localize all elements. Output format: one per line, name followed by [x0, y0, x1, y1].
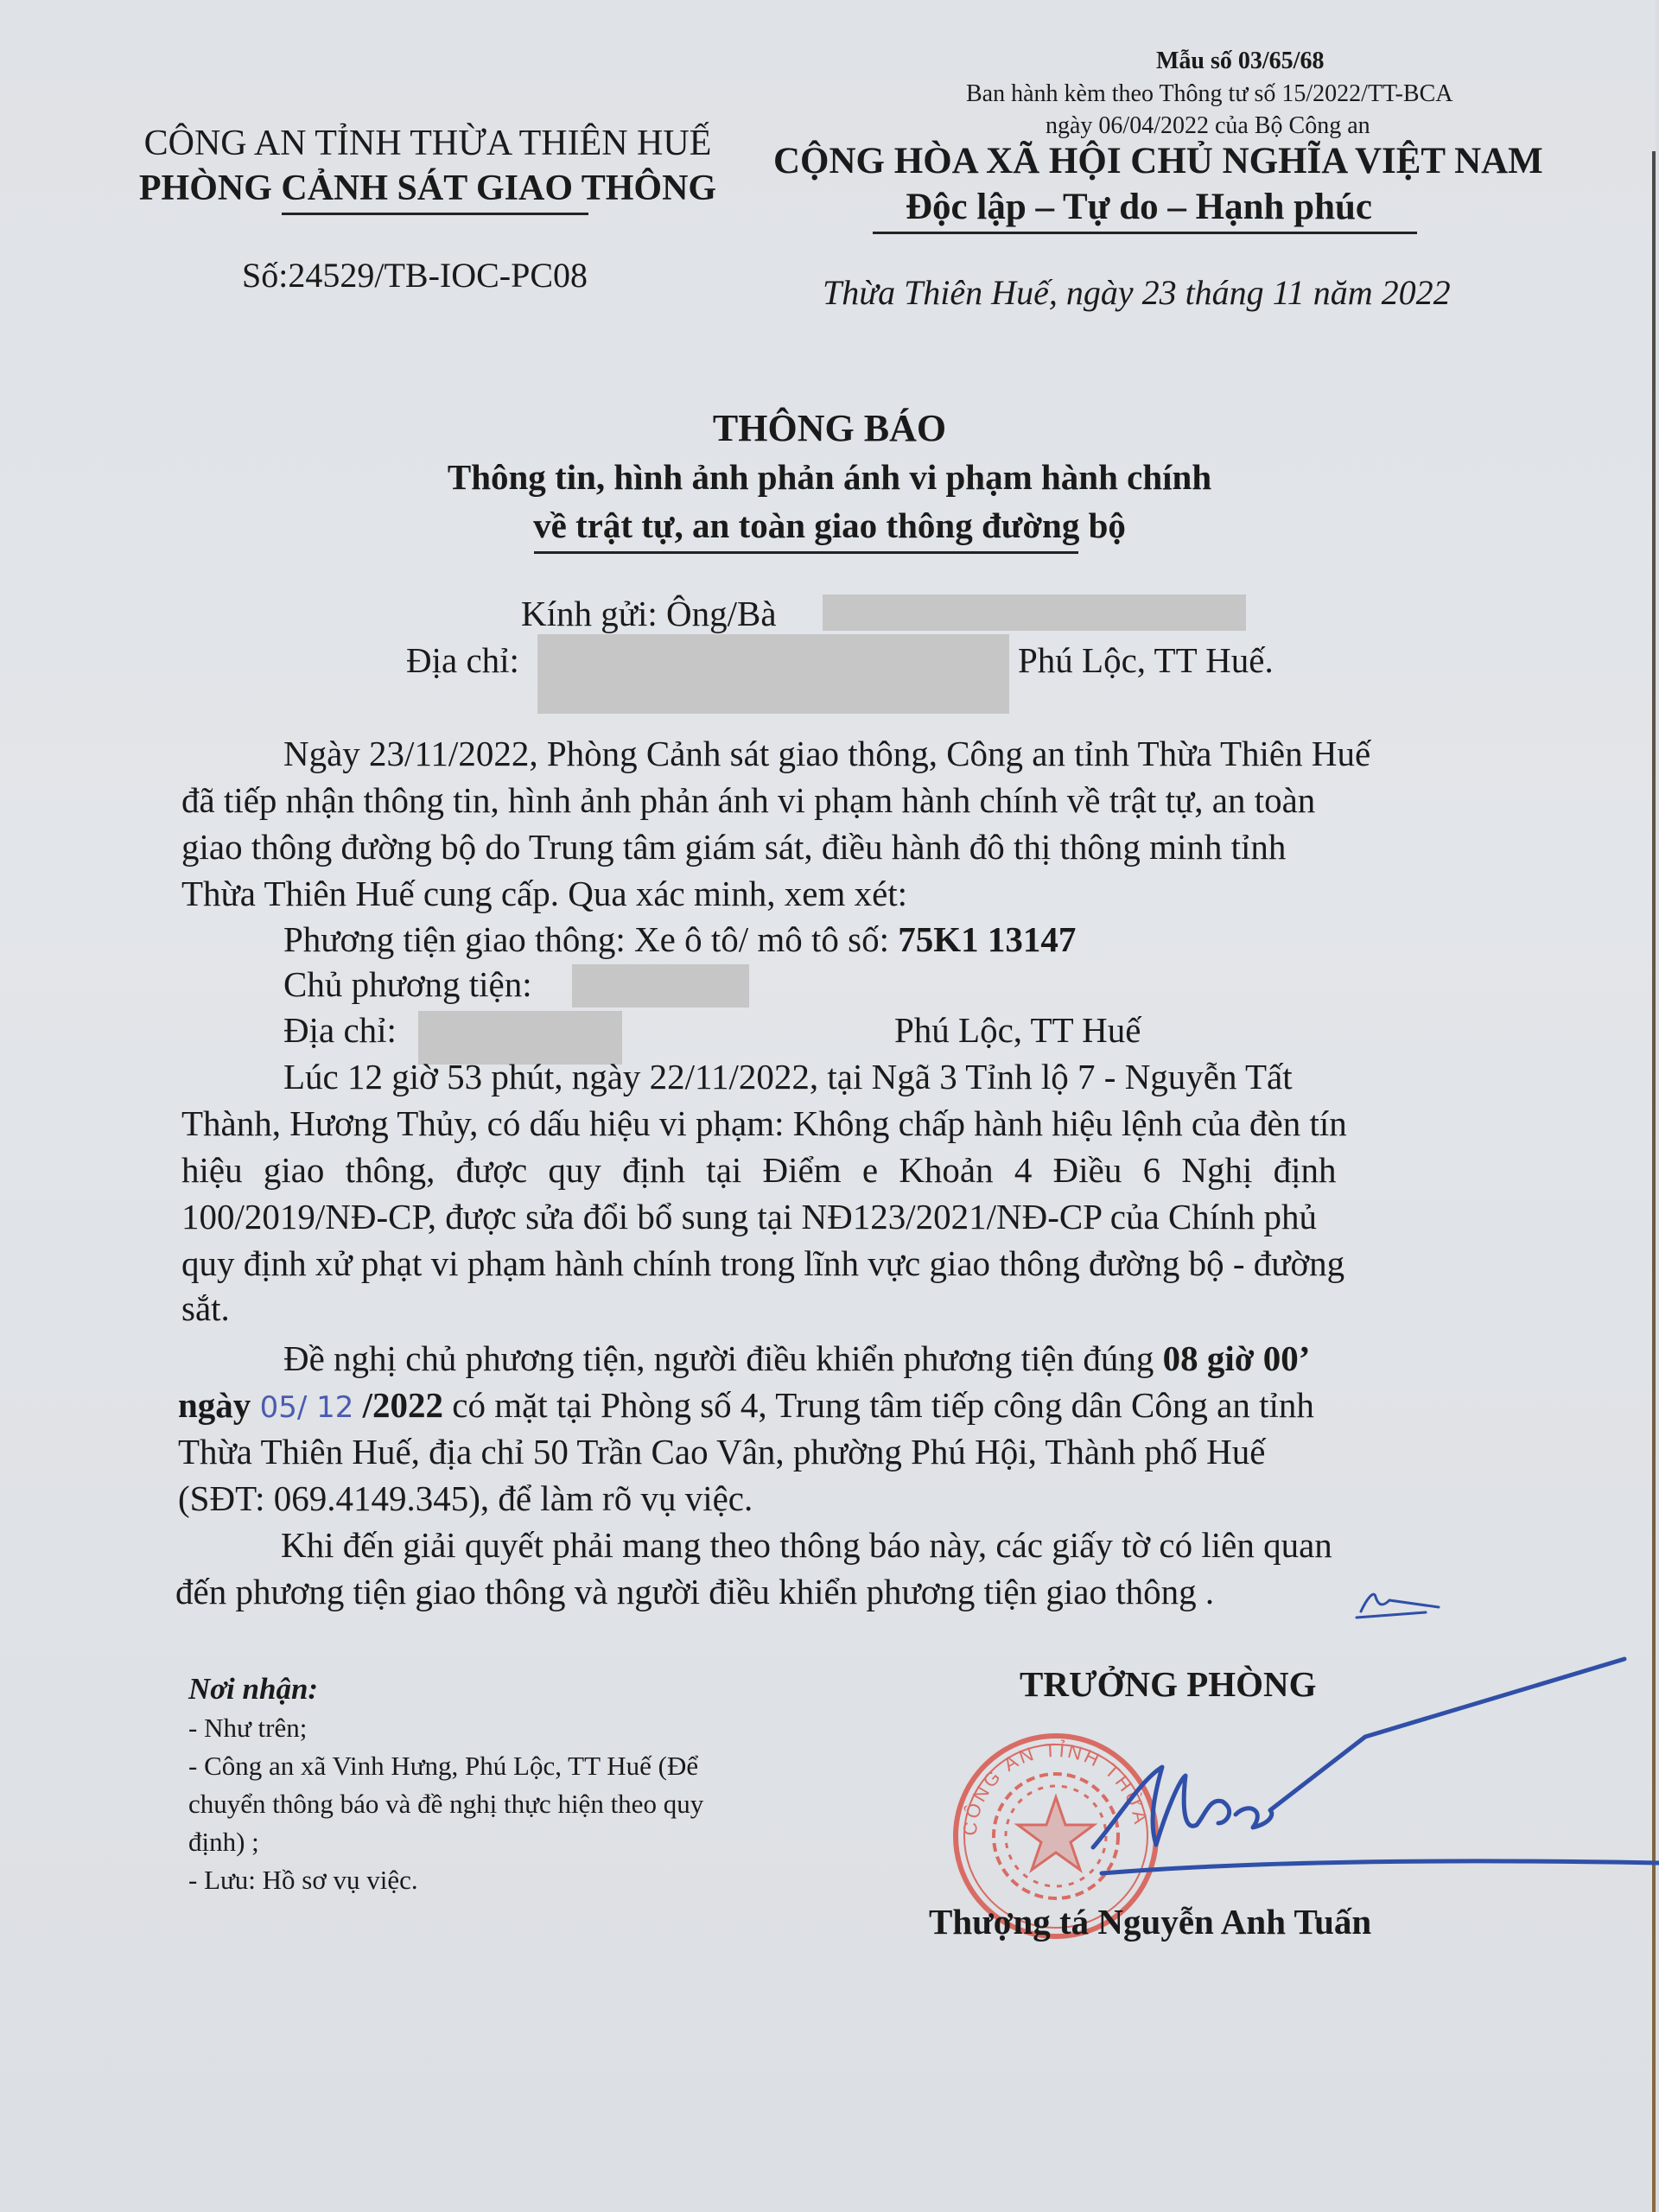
signer-name: Thượng tá Nguyễn Anh Tuấn [929, 1901, 1371, 1942]
handwritten-signature [1093, 1659, 1659, 1873]
initials-mark [1357, 1594, 1439, 1618]
stamp-and-signature-overlay: CÔNG AN TỈNH THỪA THIÊN HUẾ [0, 0, 1659, 2212]
svg-text:CÔNG AN TỈNH THỪA THIÊN HUẾ: CÔNG AN TỈNH THỪA THIÊN HUẾ [0, 0, 1153, 1837]
official-seal-stamp: CÔNG AN TỈNH THỪA THIÊN HUẾ [0, 0, 1156, 1936]
document-page: CÔNG AN TỈNH THỪA THIÊN HUẾ PHÒNG CẢNH S… [0, 0, 1656, 2212]
stamp-text: CÔNG AN TỈNH THỪA THIÊN HUẾ [0, 0, 1153, 1837]
